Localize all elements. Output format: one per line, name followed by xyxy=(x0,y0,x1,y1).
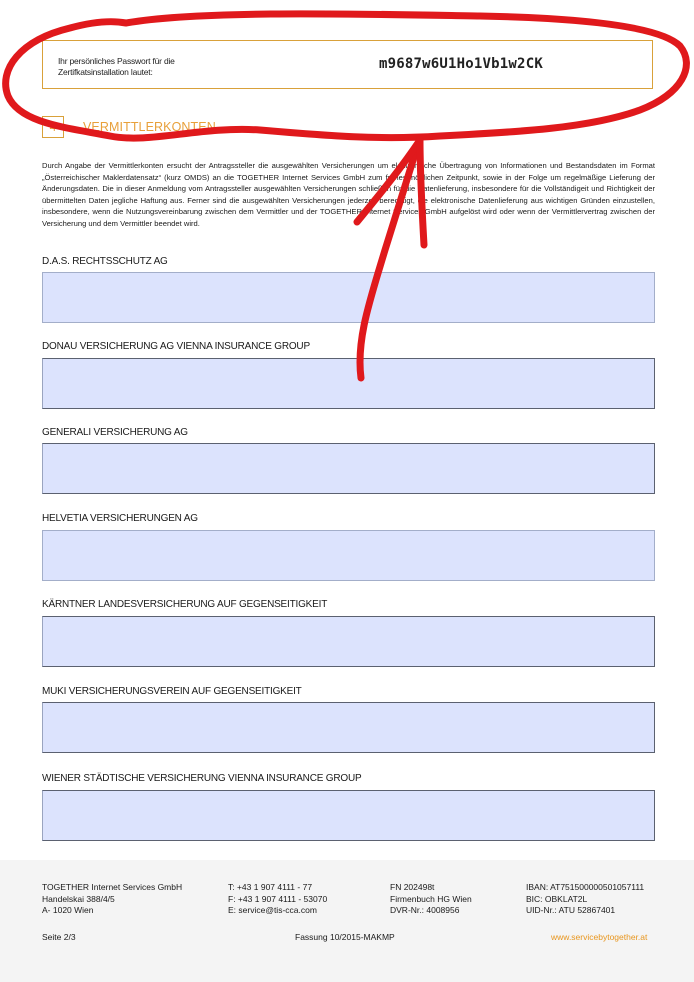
field-label-wiener: WIENER STÄDTISCHE VERSICHERUNG VIENNA IN… xyxy=(42,773,361,784)
field-input-wiener[interactable] xyxy=(42,790,655,841)
field-input-donau[interactable] xyxy=(42,358,655,409)
password-label: Ihr persönliches Passwort für die Zertif… xyxy=(58,56,228,78)
footer-bank: IBAN: AT751500000501057111 BIC: OBKLAT2L… xyxy=(526,882,644,917)
footer-company-name: TOGETHER Internet Services GmbH xyxy=(42,882,182,894)
footer-phone: T: +43 1 907 4111 - 77 xyxy=(228,882,327,894)
field-label-helvetia: HELVETIA VERSICHERUNGEN AG xyxy=(42,513,198,524)
field-label-muki: MUKI VERSICHERUNGSVEREIN AUF GEGENSEITIG… xyxy=(42,686,302,697)
field-input-generali[interactable] xyxy=(42,443,655,494)
field-input-das[interactable] xyxy=(42,272,655,323)
footer-contact: T: +43 1 907 4111 - 77 F: +43 1 907 4111… xyxy=(228,882,327,917)
footer-bic: BIC: OBKLAT2L xyxy=(526,894,644,906)
footer-email[interactable]: E: service@tis-cca.com xyxy=(228,905,327,917)
field-label-generali: GENERALI VERSICHERUNG AG xyxy=(42,427,188,438)
website-link[interactable]: www.servicebytogether.at xyxy=(551,932,647,942)
section-number: 4 xyxy=(42,116,64,138)
field-label-kaerntner: KÄRNTNER LANDESVERSICHERUNG AUF GEGENSEI… xyxy=(42,599,327,610)
password-value: m9687w6U1Ho1Vb1w2CK xyxy=(379,56,543,72)
password-label-line1: Ihr persönliches Passwort für die xyxy=(58,56,228,67)
password-label-line2: Zertifkatsinstallation lautet: xyxy=(58,67,228,78)
field-input-muki[interactable] xyxy=(42,702,655,753)
footer-uid: UID-Nr.: ATU 52867401 xyxy=(526,905,644,917)
footer-firmenbuch: Firmenbuch HG Wien xyxy=(390,894,472,906)
footer-fn: FN 202498t xyxy=(390,882,472,894)
footer-company: TOGETHER Internet Services GmbH Handelsk… xyxy=(42,882,182,917)
footer-fax: F: +43 1 907 4111 - 53070 xyxy=(228,894,327,906)
footer-company-city: A- 1020 Wien xyxy=(42,905,182,917)
field-label-das: D.A.S. RECHTSSCHUTZ AG xyxy=(42,256,168,267)
footer-dvr: DVR-Nr.: 4008956 xyxy=(390,905,472,917)
page-number: Seite 2/3 xyxy=(42,932,76,942)
field-label-donau: DONAU VERSICHERUNG AG VIENNA INSURANCE G… xyxy=(42,341,310,352)
section-title: VERMITTLERKONTEN xyxy=(83,120,216,134)
footer-company-street: Handelskai 388/4/5 xyxy=(42,894,182,906)
password-box: Ihr persönliches Passwort für die Zertif… xyxy=(42,40,653,89)
page-footer: TOGETHER Internet Services GmbH Handelsk… xyxy=(0,860,694,982)
footer-iban: IBAN: AT751500000501057111 xyxy=(526,882,644,894)
document-version: Fassung 10/2015-MAKMP xyxy=(295,932,395,942)
field-input-helvetia[interactable] xyxy=(42,530,655,581)
footer-registry: FN 202498t Firmenbuch HG Wien DVR-Nr.: 4… xyxy=(390,882,472,917)
field-input-kaerntner[interactable] xyxy=(42,616,655,667)
intro-paragraph: Durch Angabe der Vermittlerkonten ersuch… xyxy=(42,160,655,230)
